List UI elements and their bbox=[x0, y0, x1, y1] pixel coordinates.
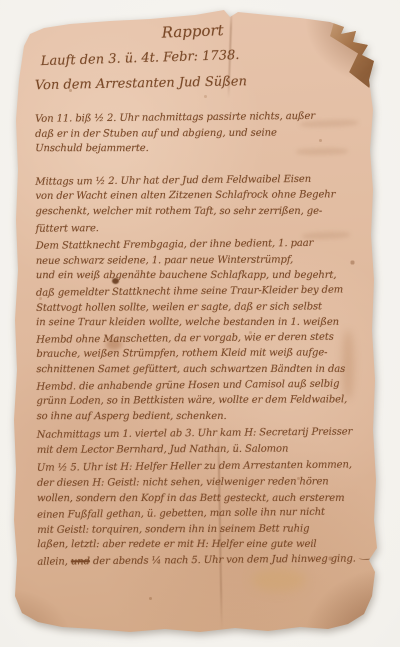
manuscript-line: daß er in der Stuben auf und abgieng, un… bbox=[35, 125, 371, 142]
manuscript-line: der diesen H: Geistl: nicht sehen, vielw… bbox=[37, 474, 373, 491]
stain bbox=[252, 568, 306, 592]
manuscript-line: füttert ware. bbox=[36, 218, 372, 237]
manuscript-line: Unschuld bejammerte. bbox=[35, 141, 371, 157]
final-line-post: der abends ¼ nach 5. Uhr von dem Jud hin… bbox=[90, 553, 356, 567]
manuscript-line: von der Wacht einen alten Zitzenen Schla… bbox=[35, 187, 371, 204]
manuscript-line: so ihne auf Asperg bedient, schenken. bbox=[37, 409, 373, 425]
manuscript-line: Hembd. die anhabende grüne Hosen und Cam… bbox=[36, 376, 372, 395]
manuscript-line: mit Geistl: torquiren, sondern ihn in se… bbox=[37, 521, 373, 538]
manuscript-line: brauche, weißen Strümpfen, rothem Kleid … bbox=[36, 345, 372, 362]
paragraph: Dem Stattknecht Frembgagia, der ihne bed… bbox=[36, 236, 373, 425]
manuscript-line: Stattvogt hollen sollte, weilen er sagte… bbox=[36, 299, 372, 316]
strikethrough-word: und bbox=[71, 556, 90, 567]
handwritten-text: Rapport Lauft den 3. ü. 4t. Febr: 1738. … bbox=[35, 21, 374, 571]
manuscript-line: und ein weiß abgenähte bauchene Schlafka… bbox=[36, 268, 372, 284]
date-line: Lauft den 3. ü. 4t. Febr: 1738. bbox=[41, 44, 371, 69]
page-title: Rapport bbox=[52, 17, 332, 46]
final-line-pre: allein, bbox=[37, 556, 71, 567]
scanned-document: Rapport Lauft den 3. ü. 4t. Febr: 1738. … bbox=[0, 0, 400, 647]
foxing-speckles bbox=[0, 0, 1, 1]
subject-line: Von dem Arrestanten Jud Süßen bbox=[35, 72, 371, 93]
paragraph: Um ½ 5. Uhr ist H: Helfer Heller zu dem … bbox=[37, 459, 374, 570]
manuscript-line: Mittags um ½ 2. Uhr hat der Jud dem Feld… bbox=[35, 171, 371, 190]
manuscript-line: schnittenen Samet gefüttert, auch schwar… bbox=[36, 362, 372, 378]
manuscript-line: mit dem Lector Bernhard, Jud Nathan, ü. … bbox=[37, 441, 373, 458]
paper-shadow: Rapport Lauft den 3. ü. 4t. Febr: 1738. … bbox=[0, 0, 400, 647]
manuscript-line: Hembd ohne Manschetten, da er vorgab, wi… bbox=[36, 329, 372, 348]
pen-flourish bbox=[359, 551, 394, 561]
paragraph: Mittags um ½ 2. Uhr hat der Jud dem Feld… bbox=[35, 172, 371, 236]
manuscript-line: in seine Traur kleiden wollte, welche be… bbox=[36, 315, 372, 331]
manuscript-line: neue schwarz seidene, 1. paar neue Winte… bbox=[36, 252, 372, 269]
manuscript-line: geschenkt, welcher mit rothem Taft, so s… bbox=[36, 204, 372, 220]
manuscript-line-final: allein, und der abends ¼ nach 5. Uhr von… bbox=[37, 551, 373, 570]
manuscript-page: Rapport Lauft den 3. ü. 4t. Febr: 1738. … bbox=[0, 0, 400, 647]
paragraph: Von 11. biß ½ 2. Uhr nachmittags passirt… bbox=[35, 109, 371, 158]
paragraph: Nachmittags um 1. viertel ab 3. Uhr kam … bbox=[37, 425, 373, 458]
